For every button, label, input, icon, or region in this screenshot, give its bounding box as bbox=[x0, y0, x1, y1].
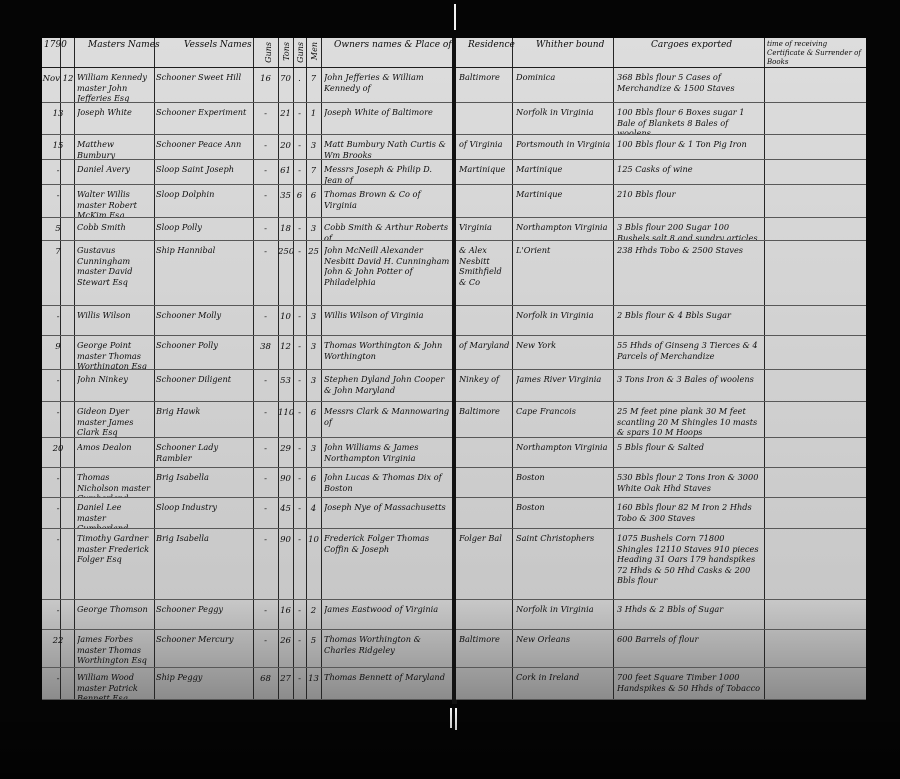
vessel-name: Brig Hawk bbox=[156, 406, 252, 437]
row-rule bbox=[42, 699, 454, 700]
residence-value bbox=[459, 107, 511, 134]
owners-value: John Williams & James Northampton Virgin… bbox=[324, 442, 452, 467]
tons-value: 21 bbox=[278, 109, 293, 120]
crew-b-value: 6 bbox=[306, 408, 321, 419]
entry-date: - bbox=[42, 606, 74, 617]
crew-b-value: 4 bbox=[306, 504, 321, 515]
cargo-value: 160 Bbls flour 82 M Iron 2 Hhds Tobo & 3… bbox=[617, 502, 762, 528]
guns-value: - bbox=[253, 636, 278, 647]
header-year: 1790 bbox=[44, 40, 67, 50]
ledger-right-page: Residence Whither bound Cargoes exported… bbox=[456, 38, 866, 700]
cargo-value: 125 Casks of wine bbox=[617, 164, 762, 184]
guns-value: 16 bbox=[253, 74, 278, 85]
owners-value: Joseph Nye of Massachusetts bbox=[324, 502, 452, 528]
cargo-value: 3 Hhds & 2 Bbls of Sugar bbox=[617, 604, 762, 629]
crew-b-value: 2 bbox=[306, 606, 321, 617]
scan-mark bbox=[450, 708, 452, 728]
tons-value: 10 bbox=[278, 312, 293, 323]
master-name: Amos Dealon bbox=[77, 442, 153, 467]
entry-date: - bbox=[42, 474, 74, 485]
guns-value: 68 bbox=[253, 674, 278, 685]
crew-b-value: 3 bbox=[306, 376, 321, 387]
residence-value bbox=[459, 502, 511, 528]
vessel-name: Schooner Peggy bbox=[156, 604, 252, 629]
header-remarks: time of receiving Certificate & Surrende… bbox=[767, 40, 865, 67]
whither-bound-value: L'Orient bbox=[516, 245, 612, 305]
row-rule bbox=[456, 599, 866, 600]
crew-a-value: - bbox=[293, 504, 306, 515]
vessel-name: Schooner Diligent bbox=[156, 374, 252, 401]
row-rule bbox=[456, 629, 866, 630]
cargo-value: 100 Bbls flour & 1 Ton Pig Iron bbox=[617, 139, 762, 159]
vessel-name: Schooner Molly bbox=[156, 310, 252, 335]
master-name: John Ninkey bbox=[77, 374, 153, 401]
whither-bound-value: Martinique bbox=[516, 189, 612, 217]
master-name: Gustavus Cunningham master David Stewart… bbox=[77, 245, 153, 305]
crew-a-value: 6 bbox=[293, 191, 306, 202]
cargo-value: 210 Bbls flour bbox=[617, 189, 762, 217]
row-rule bbox=[42, 134, 454, 135]
vessel-name: Sloop Polly bbox=[156, 222, 252, 240]
crew-b-value: 3 bbox=[306, 342, 321, 353]
whither-bound-value: Dominica bbox=[516, 72, 612, 102]
row-rule bbox=[42, 335, 454, 336]
tons-value: 26 bbox=[278, 636, 293, 647]
header-owners: Owners names & Place of bbox=[334, 40, 452, 50]
crew-b-value: 3 bbox=[306, 444, 321, 455]
residence-value bbox=[459, 310, 511, 335]
tons-value: 35 bbox=[278, 191, 293, 202]
header-men: Men bbox=[310, 42, 319, 60]
row-rule bbox=[42, 467, 454, 468]
master-name: Cobb Smith bbox=[77, 222, 153, 240]
entry-date: - bbox=[42, 312, 74, 323]
row-rule bbox=[42, 217, 454, 218]
crew-b-value: 6 bbox=[306, 474, 321, 485]
master-name: George Point master Thomas Worthington E… bbox=[77, 340, 153, 369]
whither-bound-value: Norfolk in Virginia bbox=[516, 604, 612, 629]
tons-value: 16 bbox=[278, 606, 293, 617]
crew-b-value: 13 bbox=[306, 674, 321, 685]
entry-date: - bbox=[42, 674, 74, 685]
guns-value: - bbox=[253, 166, 278, 177]
vessel-name: Sloop Dolphin bbox=[156, 189, 252, 217]
crew-b-value: 3 bbox=[306, 141, 321, 152]
scan-mark bbox=[455, 708, 457, 730]
master-name: Walter Willis master Robert McKim Esq bbox=[77, 189, 153, 217]
header-masters-names: Masters Names bbox=[88, 40, 160, 50]
vessel-name: Schooner Polly bbox=[156, 340, 252, 369]
row-rule bbox=[456, 305, 866, 306]
residence-value: of Maryland bbox=[459, 340, 511, 369]
crew-a-value: - bbox=[293, 342, 306, 353]
vessel-name: Schooner Mercury bbox=[156, 634, 252, 667]
master-name: Willis Wilson bbox=[77, 310, 153, 335]
whither-bound-value: New York bbox=[516, 340, 612, 369]
row-rule bbox=[456, 467, 866, 468]
header-rule bbox=[42, 67, 454, 68]
owners-value: Messrs Clark & Mannowaring of bbox=[324, 406, 452, 437]
tons-value: 250 bbox=[278, 247, 293, 258]
crew-b-value: 1 bbox=[306, 109, 321, 120]
residence-value: Baltimore bbox=[459, 634, 511, 667]
ledger-left-page: 1790 Masters Names Vessels Names Guns To… bbox=[42, 38, 454, 700]
entry-date: - bbox=[42, 376, 74, 387]
master-name: Timothy Gardner master Frederick Folger … bbox=[77, 533, 153, 599]
tons-value: 110 bbox=[278, 408, 293, 419]
row-rule bbox=[42, 401, 454, 402]
guns-value: - bbox=[253, 141, 278, 152]
residence-value: Martinique bbox=[459, 164, 511, 184]
cargo-value: 5 Bbls flour & Salted bbox=[617, 442, 762, 467]
tons-value: 70 bbox=[278, 74, 293, 85]
row-rule bbox=[456, 699, 866, 700]
crew-b-value: 6 bbox=[306, 191, 321, 202]
guns-value: 38 bbox=[253, 342, 278, 353]
header-residence: Residence bbox=[468, 40, 515, 50]
master-name: Daniel Lee master Cumberland Dugan Esq bbox=[77, 502, 153, 528]
entry-date: - bbox=[42, 408, 74, 419]
entry-date: 5 bbox=[42, 224, 74, 235]
owners-value: Cobb Smith & Arthur Roberts of bbox=[324, 222, 452, 240]
vessel-name: Schooner Sweet Hill bbox=[156, 72, 252, 102]
tons-value: 90 bbox=[278, 474, 293, 485]
entry-date: 15 bbox=[42, 141, 74, 152]
whither-bound-value: Martinique bbox=[516, 164, 612, 184]
header-tons: Tons bbox=[282, 42, 291, 61]
vessel-name: Schooner Peace Ann bbox=[156, 139, 252, 159]
row-rule bbox=[42, 369, 454, 370]
crew-a-value: - bbox=[293, 474, 306, 485]
master-name: Thomas Nicholson master Cumberland Dugan… bbox=[77, 472, 153, 497]
vessel-name: Brig Isabella bbox=[156, 533, 252, 599]
row-rule bbox=[42, 528, 454, 529]
entry-date: 22 bbox=[42, 636, 74, 647]
vessel-name: Ship Peggy bbox=[156, 672, 252, 699]
crew-a-value: - bbox=[293, 109, 306, 120]
crew-a-value: - bbox=[293, 376, 306, 387]
crew-a-value: - bbox=[293, 535, 306, 546]
entry-date: Nov 12 bbox=[42, 74, 74, 85]
whither-bound-value: Northampton Virginia bbox=[516, 442, 612, 467]
guns-value: - bbox=[253, 109, 278, 120]
master-name: James Forbes master Thomas Worthington E… bbox=[77, 634, 153, 667]
owners-value: Thomas Worthington & Charles Ridgeley bbox=[324, 634, 452, 667]
tons-value: 90 bbox=[278, 535, 293, 546]
owners-value: Stephen Dyland John Cooper & John Maryla… bbox=[324, 374, 452, 401]
entry-date: 7 bbox=[42, 247, 74, 258]
row-rule bbox=[42, 240, 454, 241]
master-name: William Kennedy master John Jefferies Es… bbox=[77, 72, 153, 102]
whither-bound-value: Norfolk in Virginia bbox=[516, 107, 612, 134]
crew-a-value: - bbox=[293, 606, 306, 617]
guns-value: - bbox=[253, 312, 278, 323]
residence-value: & Alex Nesbitt Smithfield & Co bbox=[459, 245, 511, 305]
crew-b-value: 7 bbox=[306, 166, 321, 177]
whither-bound-value: Cape Francois bbox=[516, 406, 612, 437]
cargo-value: 238 Hhds Tobo & 2500 Staves bbox=[617, 245, 762, 305]
whither-bound-value: Portsmouth in Virginia bbox=[516, 139, 612, 159]
cargo-value: 700 feet Square Timber 1000 Handspikes &… bbox=[617, 672, 762, 699]
tons-value: 61 bbox=[278, 166, 293, 177]
row-rule bbox=[42, 497, 454, 498]
crew-a-value: - bbox=[293, 224, 306, 235]
master-name: Joseph White bbox=[77, 107, 153, 134]
owners-value: Willis Wilson of Virginia bbox=[324, 310, 452, 335]
crew-a-value: - bbox=[293, 141, 306, 152]
row-rule bbox=[42, 184, 454, 185]
vessel-name: Sloop Industry bbox=[156, 502, 252, 528]
tons-value: 12 bbox=[278, 342, 293, 353]
header-guns: Guns bbox=[264, 42, 273, 63]
header-rule bbox=[456, 67, 866, 68]
crew-b-value: 25 bbox=[306, 247, 321, 258]
cargo-value: 600 Barrels of flour bbox=[617, 634, 762, 667]
guns-value: - bbox=[253, 504, 278, 515]
guns-value: - bbox=[253, 247, 278, 258]
row-rule bbox=[456, 102, 866, 103]
crew-b-value: 7 bbox=[306, 74, 321, 85]
row-rule bbox=[42, 599, 454, 600]
row-rule bbox=[42, 102, 454, 103]
owners-value: Joseph White of Baltimore bbox=[324, 107, 452, 134]
residence-value: Ninkey of bbox=[459, 374, 511, 401]
entry-date: - bbox=[42, 504, 74, 515]
tons-value: 45 bbox=[278, 504, 293, 515]
guns-value: - bbox=[253, 444, 278, 455]
tons-value: 27 bbox=[278, 674, 293, 685]
entry-date: 20 bbox=[42, 444, 74, 455]
owners-value: John McNeill Alexander Nesbitt David H. … bbox=[324, 245, 452, 305]
row-rule bbox=[456, 159, 866, 160]
guns-value: - bbox=[253, 376, 278, 387]
cargo-value: 530 Bbls flour 2 Tons Iron & 3000 White … bbox=[617, 472, 762, 497]
scan-mark bbox=[454, 4, 456, 30]
master-name: Matthew Bumbury bbox=[77, 139, 153, 159]
vessel-name: Schooner Experiment bbox=[156, 107, 252, 134]
entry-date: - bbox=[42, 166, 74, 177]
residence-value bbox=[459, 604, 511, 629]
row-rule bbox=[456, 369, 866, 370]
cargo-value: 25 M feet pine plank 30 M feet scantling… bbox=[617, 406, 762, 437]
master-name: Gideon Dyer master James Clark Esq bbox=[77, 406, 153, 437]
guns-value: - bbox=[253, 474, 278, 485]
vessel-name: Schooner Lady Rambler bbox=[156, 442, 252, 467]
tons-value: 53 bbox=[278, 376, 293, 387]
crew-b-value: 3 bbox=[306, 312, 321, 323]
cargo-value: 3 Bbls flour 200 Sugar 100 Bushels salt … bbox=[617, 222, 762, 240]
row-rule bbox=[456, 335, 866, 336]
row-rule bbox=[456, 667, 866, 668]
residence-value bbox=[459, 472, 511, 497]
owners-value: Messrs Joseph & Philip D. Jean of bbox=[324, 164, 452, 184]
crew-a-value: - bbox=[293, 636, 306, 647]
residence-value: Folger Bal bbox=[459, 533, 511, 599]
guns-value: - bbox=[253, 535, 278, 546]
header-guns-b: Guns bbox=[296, 42, 305, 63]
cargo-value: 368 Bbls flour 5 Cases of Merchandize & … bbox=[617, 72, 762, 102]
residence-value bbox=[459, 442, 511, 467]
header-whither-bound: Whither bound bbox=[536, 40, 604, 50]
guns-value: - bbox=[253, 408, 278, 419]
row-rule bbox=[456, 240, 866, 241]
crew-b-value: 3 bbox=[306, 224, 321, 235]
whither-bound-value: New Orleans bbox=[516, 634, 612, 667]
whither-bound-value: Saint Christophers bbox=[516, 533, 612, 599]
crew-a-value: . bbox=[293, 74, 306, 85]
row-rule bbox=[456, 184, 866, 185]
cargo-value: 100 Bbls flour 6 Boxes sugar 1 Bale of B… bbox=[617, 107, 762, 134]
row-rule bbox=[456, 437, 866, 438]
vessel-name: Sloop Saint Joseph bbox=[156, 164, 252, 184]
owners-value: John Lucas & Thomas Dix of Boston bbox=[324, 472, 452, 497]
row-rule bbox=[42, 667, 454, 668]
residence-value: Baltimore bbox=[459, 72, 511, 102]
crew-a-value: - bbox=[293, 166, 306, 177]
row-rule bbox=[456, 497, 866, 498]
tons-value: 20 bbox=[278, 141, 293, 152]
row-rule bbox=[456, 401, 866, 402]
whither-bound-value: Boston bbox=[516, 502, 612, 528]
whither-bound-value: Norfolk in Virginia bbox=[516, 310, 612, 335]
cargo-value: 3 Tons Iron & 3 Bales of woolens bbox=[617, 374, 762, 401]
residence-value bbox=[459, 672, 511, 699]
header-vessels-names: Vessels Names bbox=[184, 40, 252, 50]
vessel-name: Brig Isabella bbox=[156, 472, 252, 497]
crew-a-value: - bbox=[293, 674, 306, 685]
master-name: George Thomson bbox=[77, 604, 153, 629]
row-rule bbox=[456, 217, 866, 218]
crew-a-value: - bbox=[293, 312, 306, 323]
owners-value: Matt Bumbury Nath Curtis & Wm Brooks bbox=[324, 139, 452, 159]
entry-date: - bbox=[42, 191, 74, 202]
residence-value: of Virginia bbox=[459, 139, 511, 159]
entry-date: 13 bbox=[42, 109, 74, 120]
tons-value: 29 bbox=[278, 444, 293, 455]
residence-value: Baltimore bbox=[459, 406, 511, 437]
tons-value: 18 bbox=[278, 224, 293, 235]
guns-value: - bbox=[253, 606, 278, 617]
owners-value: John Jefferies & William Kennedy of bbox=[324, 72, 452, 102]
row-rule bbox=[42, 159, 454, 160]
owners-value: Thomas Brown & Co of Virginia bbox=[324, 189, 452, 217]
owners-value: Thomas Worthington & John Worthington bbox=[324, 340, 452, 369]
whither-bound-value: Cork in Ireland bbox=[516, 672, 612, 699]
master-name: William Wood master Patrick Bennett Esq bbox=[77, 672, 153, 699]
row-rule bbox=[42, 305, 454, 306]
owners-value: Thomas Bennett of Maryland bbox=[324, 672, 452, 699]
row-rule bbox=[42, 629, 454, 630]
owners-value: James Eastwood of Virginia bbox=[324, 604, 452, 629]
residence-value bbox=[459, 189, 511, 217]
row-rule bbox=[456, 134, 866, 135]
row-rule bbox=[456, 528, 866, 529]
owners-value: Frederick Folger Thomas Coffin & Joseph bbox=[324, 533, 452, 599]
whither-bound-value: James River Virginia bbox=[516, 374, 612, 401]
cargo-value: 1075 Bushels Corn 71800 Shingles 12110 S… bbox=[617, 533, 762, 599]
entry-date: - bbox=[42, 535, 74, 546]
crew-a-value: - bbox=[293, 408, 306, 419]
cargo-value: 55 Hhds of Ginseng 3 Tierces & 4 Parcels… bbox=[617, 340, 762, 369]
crew-a-value: - bbox=[293, 444, 306, 455]
entry-date: 9 bbox=[42, 342, 74, 353]
residence-value: Virginia bbox=[459, 222, 511, 240]
header-cargoes-exported: Cargoes exported bbox=[651, 40, 732, 50]
crew-b-value: 5 bbox=[306, 636, 321, 647]
row-rule bbox=[42, 437, 454, 438]
crew-b-value: 10 bbox=[306, 535, 321, 546]
crew-a-value: - bbox=[293, 247, 306, 258]
guns-value: - bbox=[253, 191, 278, 202]
whither-bound-value: Boston bbox=[516, 472, 612, 497]
guns-value: - bbox=[253, 224, 278, 235]
master-name: Daniel Avery bbox=[77, 164, 153, 184]
cargo-value: 2 Bbls flour & 4 Bbls Sugar bbox=[617, 310, 762, 335]
vessel-name: Ship Hannibal bbox=[156, 245, 252, 305]
whither-bound-value: Northampton Virginia bbox=[516, 222, 612, 240]
